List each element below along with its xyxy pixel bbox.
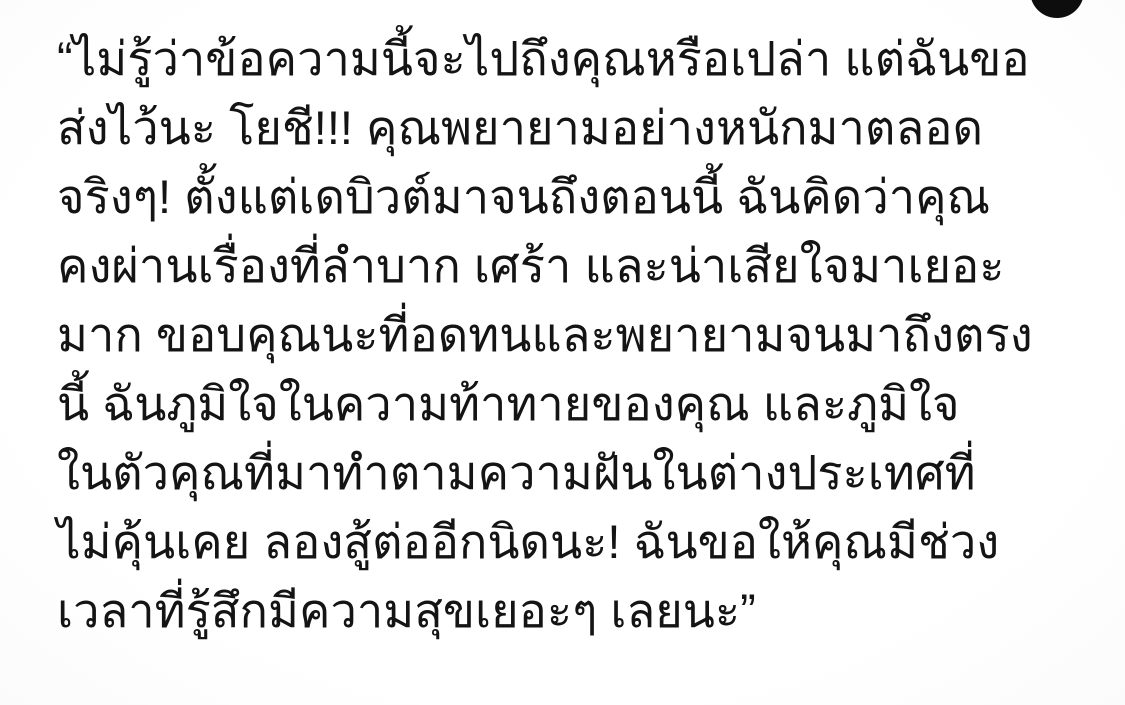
quote-line: นี้ ฉันภูมิใจในความท้าทายของคุณ และภูมิใ… — [57, 369, 1085, 438]
quote-line: คงผ่านเรื่องที่ลำบาก เศร้า และน่าเสียใจม… — [57, 231, 1085, 300]
quote-line: “ไม่รู้ว่าข้อความนี้จะไปถึงคุณหรือเปล่า … — [57, 24, 1085, 93]
partial-circle-icon — [1030, 0, 1084, 18]
quote-line: ไม่คุ้นเคย ลองสู้ต่ออีกนิดนะ! ฉันขอให้คุ… — [57, 507, 1085, 576]
quote-line: จริงๆ! ตั้งแต่เดบิวต์มาจนถึงตอนนี้ ฉันคิ… — [57, 162, 1085, 231]
quote-line: มาก ขอบคุณนะที่อดทนและพยายามจนมาถึงตรง — [57, 300, 1085, 369]
page-background: “ไม่รู้ว่าข้อความนี้จะไปถึงคุณหรือเปล่า … — [0, 0, 1125, 705]
quote-text-block: “ไม่รู้ว่าข้อความนี้จะไปถึงคุณหรือเปล่า … — [57, 24, 1085, 645]
quote-line: ส่งไว้นะ โยชี!!! คุณพยายามอย่างหนักมาตลอ… — [57, 93, 1085, 162]
quote-line: เวลาที่รู้สึกมีความสุขเยอะๆ เลยนะ” — [57, 576, 1085, 645]
quote-line: ในตัวคุณที่มาทำตามความฝันในต่างประเทศที่ — [57, 438, 1085, 507]
